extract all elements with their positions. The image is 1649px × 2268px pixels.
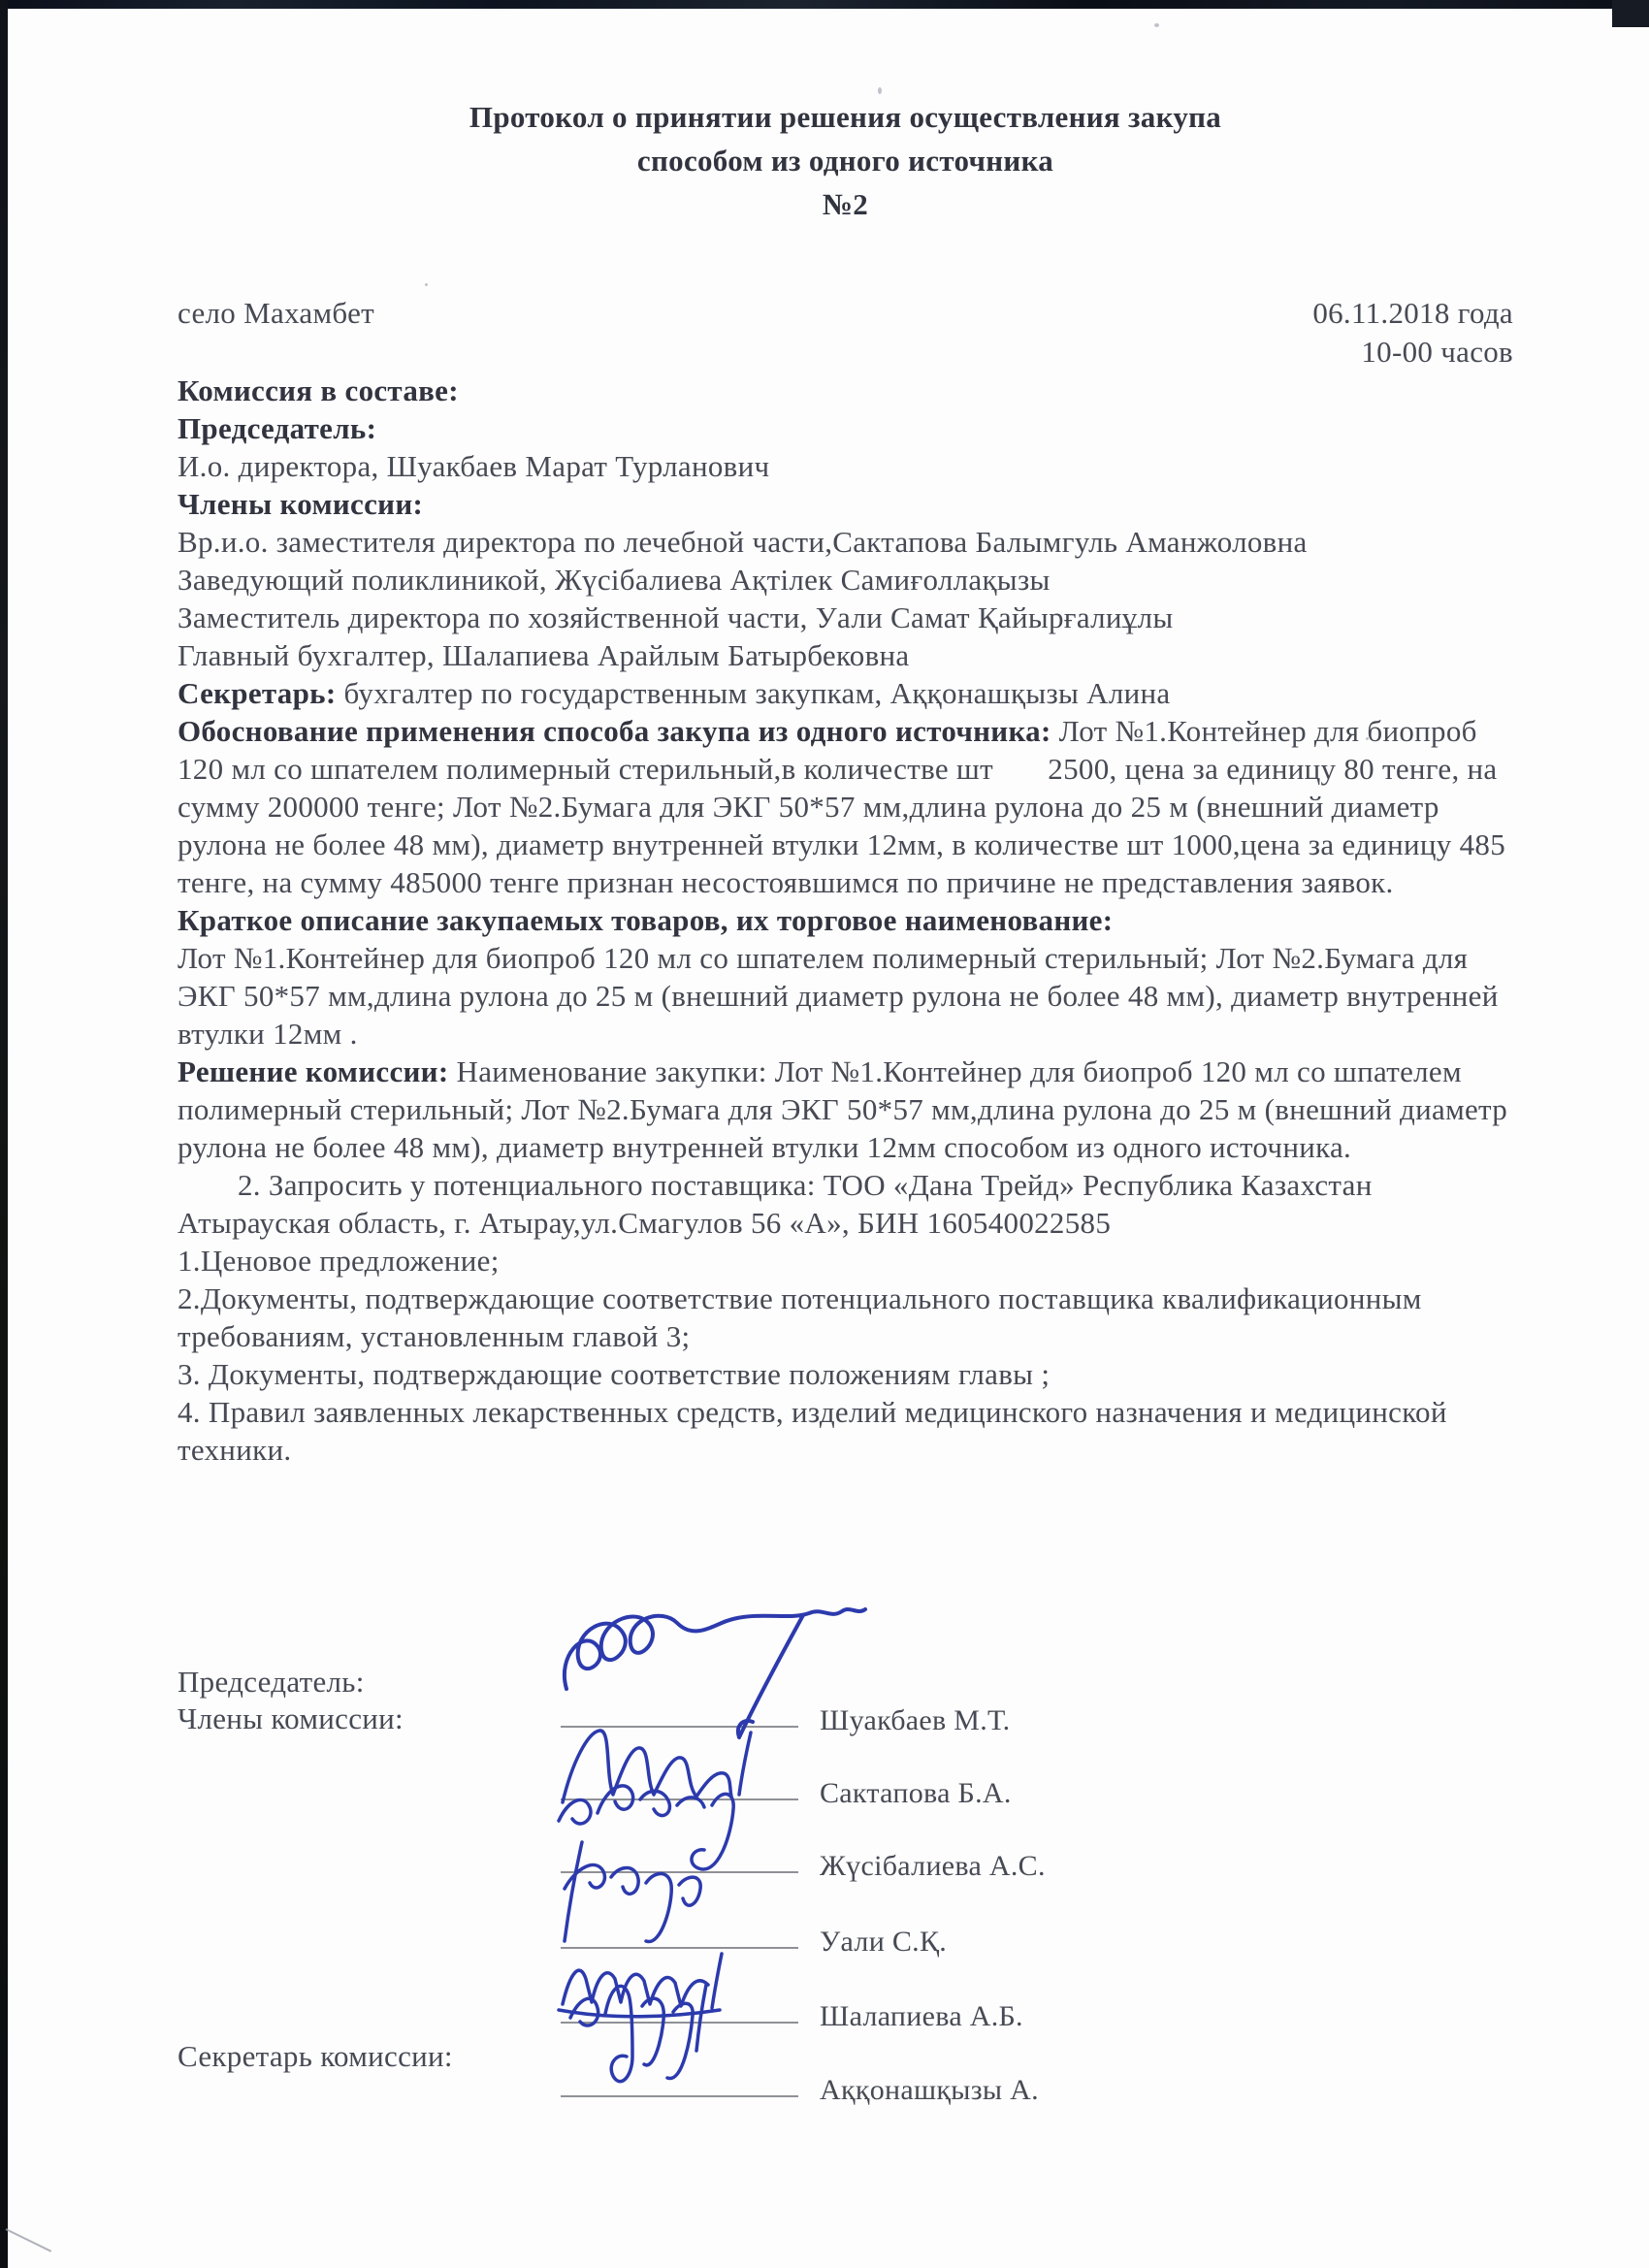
- member-line: Заместитель директора по хозяйственной ч…: [178, 599, 1513, 636]
- signature-row: Шалапиева А.Б.: [561, 1991, 1023, 2024]
- scanned-document-page: Протокол о принятии решения осуществлени…: [0, 0, 1649, 2268]
- signature-name: Шуакбаев М.Т.: [820, 1704, 1010, 1737]
- request-paragraph: 2. Запросить у потенциального поставщика…: [178, 1166, 1513, 1242]
- list-item: 3. Документы, подтверждающие соответстви…: [178, 1355, 1513, 1393]
- signature-secretary-label: Секретарь комиссии:: [178, 2039, 453, 2074]
- signature-name: Сактапова Б.А.: [820, 1777, 1012, 1810]
- signature-row: Жүсібалиева А.С.: [561, 1840, 1046, 1873]
- member-line: Заведующий поликлиникой, Жүсібалиева Ақт…: [178, 561, 1513, 599]
- time-label: 10-00 часов: [1312, 333, 1513, 372]
- member-line: Вр.и.о. заместителя директора по лечебно…: [178, 523, 1513, 561]
- scan-speck: [878, 87, 882, 94]
- chairman-line: И.о. директора, Шуакбаев Марат Турланови…: [178, 447, 1513, 485]
- member-line: Главный бухгалтер, Шалапиева Арайлым Бат…: [178, 636, 1513, 674]
- commission-heading: Комиссия в составе:: [178, 372, 1513, 409]
- signature-members-label: Члены комиссии:: [178, 1701, 404, 1736]
- meta-row: село Махамбет 06.11.2018 года 10-00 часо…: [178, 294, 1513, 372]
- list-item: 1.Ценовое предложение;: [178, 1242, 1513, 1280]
- signature-name: Жүсібалиева А.С.: [820, 1850, 1046, 1883]
- short-description-heading: Краткое описание закупаемых товаров, их …: [178, 901, 1513, 939]
- scan-speck: [1154, 23, 1159, 27]
- signature-row: Сактапова Б.А.: [561, 1767, 1012, 1800]
- secretary-line: Секретарь: бухгалтер по государственным …: [178, 674, 1513, 712]
- date-label: 06.11.2018 года: [1312, 294, 1513, 333]
- chairman-label: Председатель:: [178, 409, 1513, 447]
- signature-name: Уали С.Қ.: [820, 1926, 947, 1959]
- signature-row: Уали С.Қ.: [561, 1916, 947, 1949]
- list-item: 4. Правил заявленных лекарственных средс…: [178, 1393, 1513, 1469]
- document-title: Протокол о принятии решения осуществлени…: [178, 95, 1513, 226]
- scan-corner-artifact: [1612, 0, 1649, 27]
- secretary-label: Секретарь:: [178, 676, 336, 710]
- datetime-block: 06.11.2018 года 10-00 часов: [1312, 294, 1513, 372]
- signature-line: [561, 1947, 798, 1949]
- signature-section: Председатель: Члены комиссии: Секретарь …: [178, 1649, 1513, 2212]
- document-content: Протокол о принятии решения осуществлени…: [0, 95, 1649, 1469]
- signature-line: [561, 2022, 798, 2024]
- decision-label: Решение комиссии:: [178, 1054, 448, 1088]
- signature-line: [561, 2095, 798, 2097]
- short-description-paragraph: Лот №1.Контейнер для биопроб 120 мл со ш…: [178, 939, 1513, 1053]
- justification-label: Обоснование применения способа закупа из…: [178, 714, 1051, 748]
- justification-paragraph: Обоснование применения способа закупа из…: [178, 712, 1513, 901]
- list-item: 2.Документы, подтверждающие соответствие…: [178, 1280, 1513, 1355]
- title-line-2: способом из одного источника: [178, 139, 1513, 182]
- decision-paragraph: Решение комиссии: Наименование закупки: …: [178, 1053, 1513, 1166]
- members-label: Члены комиссии:: [178, 485, 1513, 523]
- signature-line: [561, 1871, 798, 1873]
- title-line-1: Протокол о принятии решения осуществлени…: [178, 95, 1513, 139]
- signature-chairman-label: Председатель:: [178, 1665, 365, 1700]
- secretary-text: бухгалтер по государственным закупкам, А…: [336, 676, 1170, 710]
- signature-row: Аққонашқызы А.: [561, 2064, 1039, 2097]
- signature-line: [561, 1798, 798, 1800]
- signature-ink-akkonashkyzy: [549, 1956, 801, 2111]
- scan-line-artifact: [6, 2228, 52, 2252]
- signature-row: Шуакбаев М.Т.: [561, 1695, 1010, 1728]
- signature-name: Шалапиева А.Б.: [820, 2000, 1023, 2033]
- document-number: №2: [178, 182, 1513, 226]
- place-label: село Махамбет: [178, 294, 374, 332]
- signature-line: [561, 1726, 798, 1728]
- signature-name: Аққонашқызы А.: [820, 2074, 1039, 2107]
- scan-edge-top: [0, 0, 1649, 9]
